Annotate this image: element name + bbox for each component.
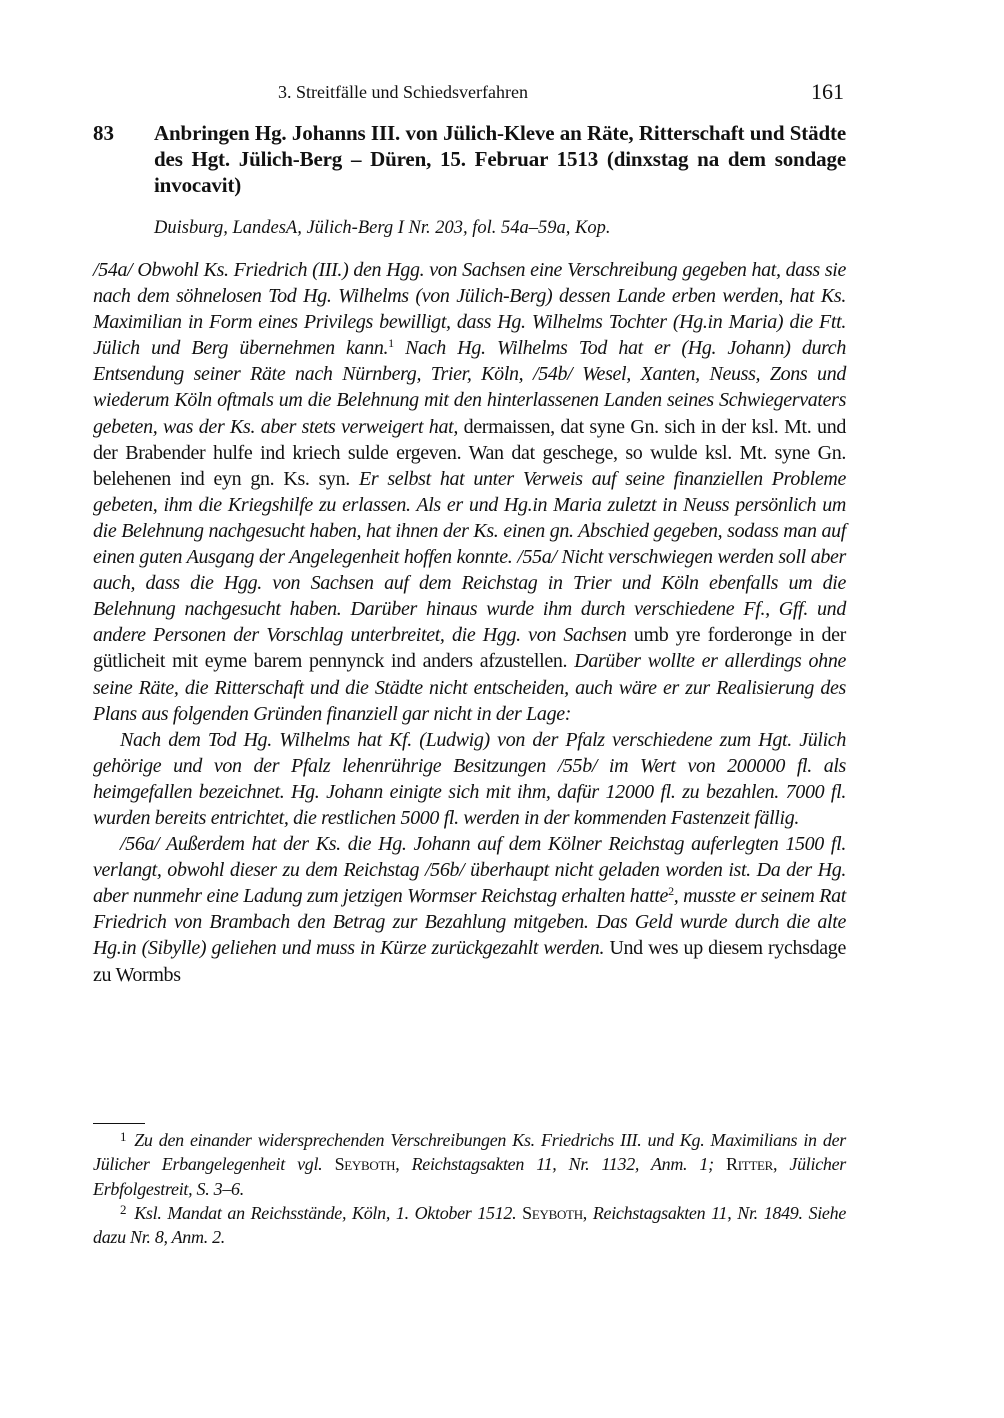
text-segment: Nach dem Tod Hg. Wilhelms hat Kf. (Ludwi… (93, 729, 846, 829)
text-segment: , (395, 1154, 411, 1174)
text-segment: Seyboth (335, 1154, 396, 1174)
document-number: 83 (93, 120, 114, 146)
text-segment: Er selbst hat unter Verweis auf seine fi… (93, 468, 846, 647)
text-segment: Reichstagsakten 11, Nr. 1132, Anm. 1; (412, 1154, 714, 1174)
running-head-section: 3. Streitfälle und Schiedsverfahren (93, 82, 713, 103)
paragraph: /54a/ Obwohl Ks. Friedrich (III.) den Hg… (93, 257, 846, 727)
paragraph: Nach dem Tod Hg. Wilhelms hat Kf. (Ludwi… (93, 727, 846, 831)
text-segment: Ritter (726, 1154, 773, 1174)
page-number: 161 (811, 79, 844, 105)
footnotes: 1Zu den einander widersprechenden Versch… (93, 1128, 846, 1249)
body-text: /54a/ Obwohl Ks. Friedrich (III.) den Hg… (93, 257, 846, 988)
text-segment: , (583, 1203, 593, 1223)
text-segment: , (773, 1154, 789, 1174)
footnote: 1Zu den einander widersprechenden Versch… (93, 1128, 846, 1201)
running-head: 3. Streitfälle und Schiedsverfahren 161 (93, 80, 846, 106)
footnote-separator (93, 1123, 145, 1124)
paragraph: /56a/ Außerdem hat der Ks. die Hg. Johan… (93, 831, 846, 988)
footnote-number: 1 (120, 1129, 126, 1144)
document-title: Anbringen Hg. Johanns III. von Jülich-Kl… (154, 120, 846, 198)
footnote: 2Ksl. Mandat an Reichsstände, Köln, 1. O… (93, 1201, 846, 1250)
text-segment (714, 1154, 726, 1174)
document-heading: 83 Anbringen Hg. Johanns III. von Jülich… (93, 120, 846, 198)
text-segment: Ksl. Mandat an Reichsstände, Köln, 1. Ok… (134, 1203, 522, 1223)
footnote-number: 2 (120, 1202, 126, 1217)
archival-source: Duisburg, LandesA, Jülich-Berg I Nr. 203… (154, 218, 611, 239)
text-segment: Seyboth (522, 1203, 583, 1223)
